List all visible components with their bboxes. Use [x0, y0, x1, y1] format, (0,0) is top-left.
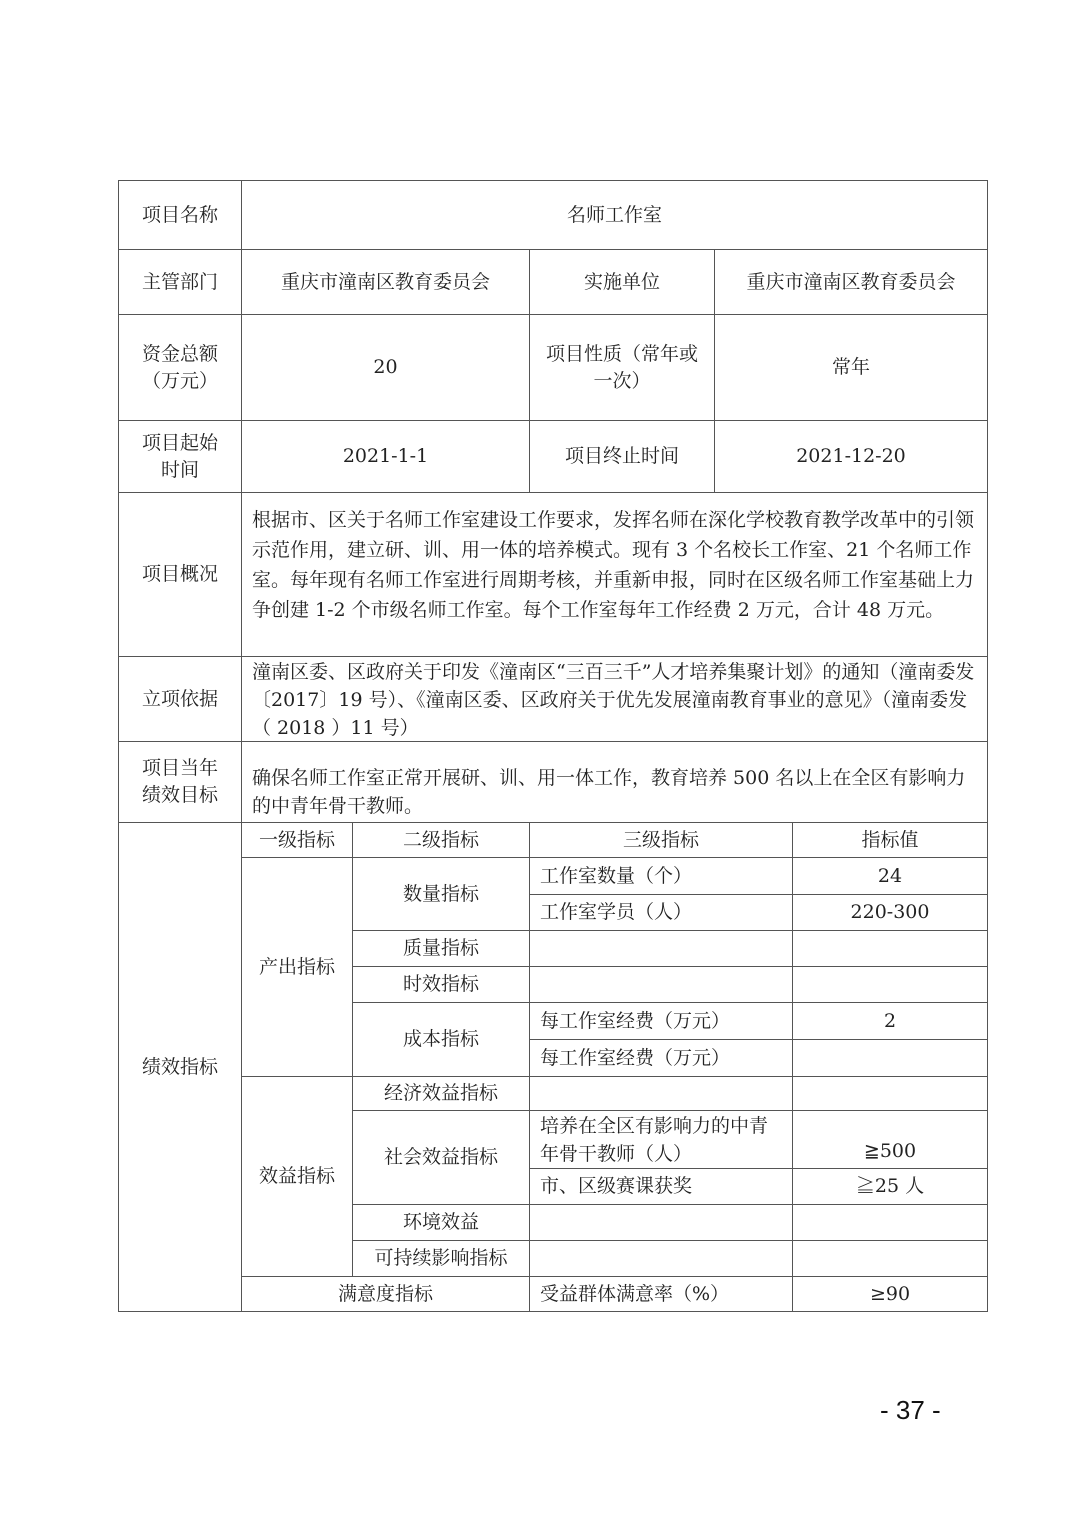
header-level3: 三级指标: [529, 822, 793, 858]
impl-value: 重庆市潼南区教育委员会: [714, 249, 988, 315]
quality-indicator: 质量指标: [352, 930, 530, 967]
indicator-name: 市、区级赛课获奖: [529, 1168, 793, 1205]
goal-value: 确保名师工作室正常开展研、训、用一体工作，教育培养 500 名以上在全区有影响力…: [241, 741, 988, 823]
end-label: 项目终止时间: [529, 420, 715, 493]
indicator-value: 220-300: [792, 894, 988, 931]
economic-indicator: 经济效益指标: [352, 1076, 530, 1111]
basis-label: 立项依据: [118, 656, 242, 742]
indicator-value: ≧500: [792, 1110, 988, 1169]
indicator-value: [792, 1076, 988, 1111]
indicator-name: [529, 966, 793, 1003]
perf-label: 绩效指标: [118, 822, 242, 1312]
indicator-name: 培养在全区有影响力的中青年骨干教师（人）: [529, 1110, 793, 1169]
end-value: 2021-12-20: [714, 420, 988, 493]
indicator-value: [792, 1039, 988, 1077]
fund-value: 20: [241, 314, 530, 421]
fund-label: 资金总额（万元）: [118, 314, 242, 421]
dept-value: 重庆市潼南区教育委员会: [241, 249, 530, 315]
output-indicators-label: 产出指标: [241, 857, 353, 1077]
indicator-value: ≧25 人: [792, 1168, 988, 1205]
overview-label: 项目概况: [118, 492, 242, 657]
goal-label: 项目当年绩效目标: [118, 741, 242, 823]
indicator-name: 每工作室经费（万元）: [529, 1002, 793, 1040]
quantity-indicator: 数量指标: [352, 857, 530, 931]
indicator-value: [792, 1240, 988, 1277]
indicator-value: [792, 930, 988, 967]
start-value: 2021-1-1: [241, 420, 530, 493]
indicator-name: 工作室数量（个）: [529, 857, 793, 895]
timeliness-indicator: 时效指标: [352, 966, 530, 1003]
project-performance-table: 项目名称 名师工作室 主管部门 重庆市潼南区教育委员会 实施单位 重庆市潼南区教…: [118, 180, 988, 1312]
nature-label: 项目性质（常年或一次）: [529, 314, 715, 421]
basis-value: 潼南区委、区政府关于印发《潼南区“三百三千”人才培养集聚计划》的通知（潼南委发〔…: [241, 656, 988, 742]
start-label: 项目起始时间: [118, 420, 242, 493]
header-value: 指标值: [792, 822, 988, 858]
page-number: - 37 -: [880, 1395, 941, 1426]
indicator-name: 每工作室经费（万元）: [529, 1039, 793, 1077]
social-indicator: 社会效益指标: [352, 1110, 530, 1205]
indicator-value: [792, 1204, 988, 1241]
header-level2: 二级指标: [352, 822, 530, 858]
overview-value: 根据市、区关于名师工作室建设工作要求，发挥名师在深化学校教育教学改革中的引领示范…: [241, 492, 988, 657]
satisfaction-indicators-label: 满意度指标: [241, 1276, 530, 1312]
indicator-name: 受益群体满意率（%）: [529, 1276, 793, 1312]
dept-label: 主管部门: [118, 249, 242, 315]
impl-label: 实施单位: [529, 249, 715, 315]
indicator-value: [792, 966, 988, 1003]
environment-indicator: 环境效益: [352, 1204, 530, 1241]
indicator-value: 24: [792, 857, 988, 895]
indicator-name: [529, 1240, 793, 1277]
nature-value: 常年: [714, 314, 988, 421]
indicator-name: 工作室学员（人）: [529, 894, 793, 931]
indicator-name: [529, 930, 793, 967]
indicator-value: ≥90: [792, 1276, 988, 1312]
project-name-label: 项目名称: [118, 180, 242, 250]
header-level1: 一级指标: [241, 822, 353, 858]
benefit-indicators-label: 效益指标: [241, 1076, 353, 1277]
indicator-name: [529, 1204, 793, 1241]
project-name-value: 名师工作室: [241, 180, 988, 250]
indicator-value: 2: [792, 1002, 988, 1040]
sustainable-indicator: 可持续影响指标: [352, 1240, 530, 1277]
cost-indicator: 成本指标: [352, 1002, 530, 1077]
indicator-name: [529, 1076, 793, 1111]
